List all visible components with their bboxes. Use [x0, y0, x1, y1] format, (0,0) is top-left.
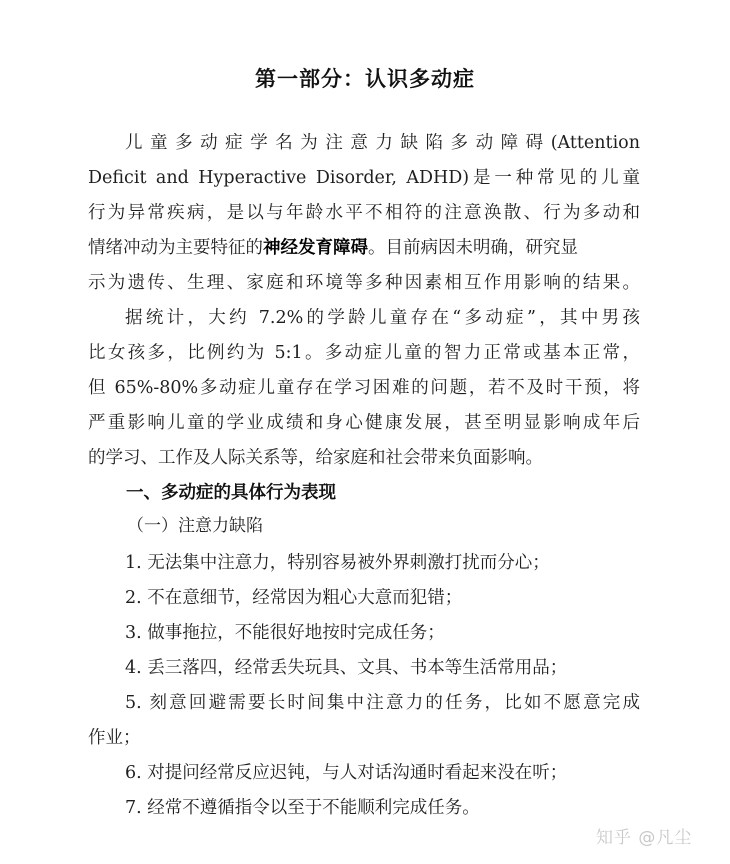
page-title: 第一部分：认识多动症 [0, 63, 730, 93]
paragraph1-line1: 儿童多动症学名为注意力缺陷多动障碍(Attention [125, 131, 640, 155]
paragraph1-line4-text-b: 。目前病因未明确，研究显 [368, 238, 578, 258]
list-item: 1. 无法集中注意力，特别容易被外界刺激打扰而分心； [125, 551, 640, 575]
paragraph1-line4-text-a: 情绪冲动为主要特征的 [88, 238, 263, 258]
paragraph1-line5: 示为遗传、生理、家庭和环境等多种因素相互作用影响的结果。 [88, 271, 640, 295]
paragraph2-line4: 严重影响儿童的学业成绩和身心健康发展，甚至明显影响成年后 [88, 411, 640, 435]
paragraph1-line3: 行为异常疾病，是以与年龄水平不相符的注意涣散、行为多动和 [88, 201, 640, 225]
list-item: 6. 对提问经常反应迟钝，与人对话沟通时看起来没在听； [125, 761, 640, 785]
paragraph1-line4: 情绪冲动为主要特征的神经发育障碍。目前病因未明确，研究显 [88, 236, 640, 260]
section-heading: 一、多动症的具体行为表现 [126, 481, 336, 505]
list-item: 2. 不在意细节，经常因为粗心大意而犯错； [125, 586, 640, 610]
paragraph2-line2: 比女孩多，比例约为 5:1。多动症儿童的智力正常或基本正常， [88, 341, 640, 365]
list-item: 4. 丢三落四，经常丢失玩具、文具、书本等生活常用品； [125, 656, 640, 680]
paragraph2-line1: 据统计，大约 7.2%的学龄儿童存在“多动症”，其中男孩 [125, 306, 640, 330]
watermark: 知乎 @凡尘 [596, 823, 692, 848]
paragraph2-line3: 但 65%-80%多动症儿童存在学习困难的问题，若不及时干预，将 [88, 376, 640, 400]
list-item: 5. 刻意回避需要长时间集中注意力的任务，比如不愿意完成 [125, 691, 640, 715]
list-item: 3. 做事拖拉，不能很好地按时完成任务； [125, 621, 640, 645]
subsection-heading: （一）注意力缺陷 [127, 514, 263, 538]
paragraph1-line2: Deficit and Hyperactive Disorder, ADHD)是… [88, 166, 640, 190]
emphasis-neurodevelopmental-disorder: 神经发育障碍 [263, 238, 368, 258]
document-page: 第一部分：认识多动症 儿童多动症学名为注意力缺陷多动障碍(Attention D… [0, 0, 730, 864]
list-item-continuation: 作业； [88, 726, 640, 750]
list-item: 7. 经常不遵循指令以至于不能顺利完成任务。 [125, 796, 640, 820]
paragraph2-line5: 的学习、工作及人际关系等，给家庭和社会带来负面影响。 [88, 446, 640, 470]
